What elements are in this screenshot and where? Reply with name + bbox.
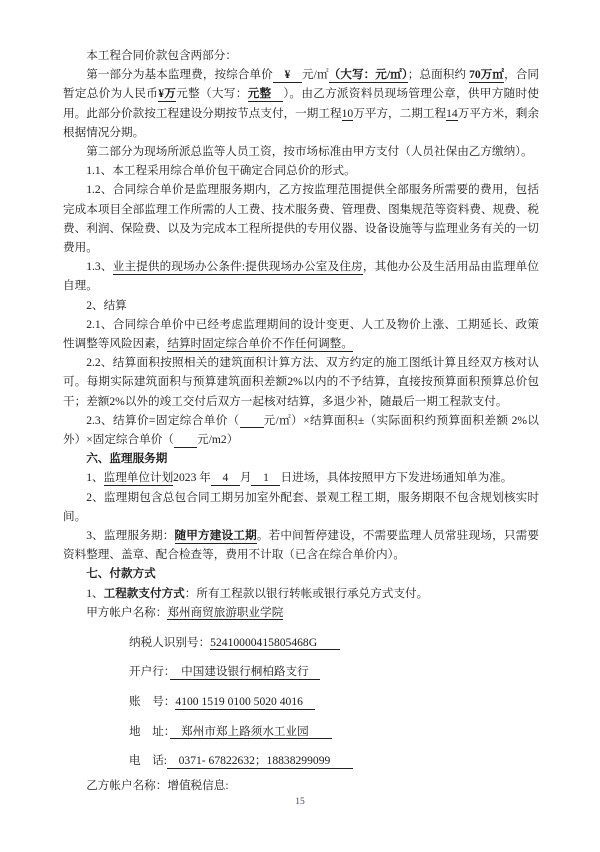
para-1-1-lump-sum-unit-price: 1.1、本工程采用综合单价包干确定合同总价的形式。 [63,161,539,180]
filled-blank: 郑州市郑上路须水工业园 [170,725,332,740]
text-run: 2、监理期包含总包合同工期另加室外配套、景观工程工期，服务期限不包含规划核实时间… [63,491,539,523]
para-party-a-account-name: 甲方帐户名称：郑州商贸旅游职业学院 [63,603,539,622]
text-run: 1.2、合同综合单价是监理服务期内，乙方按监理范围提供全部服务所需要的费用，包括… [63,183,539,254]
filled-blank: 郑州商贸旅游职业学院 [167,606,283,621]
filled-blank: 结算时固定综合单价不作任何调整。 [167,337,353,352]
text-run: ：所有工程款以银行转帐或银行承兑方式支付。 [185,587,428,600]
text-run: 乙方帐户名称：增值税信息: [86,779,228,792]
text-run: 第一部分为基本监理费，按综合单价 [86,68,273,81]
para-payment-method: 1、工程款支付方式：所有工程款以银行转帐或银行承兑方式支付。 [63,584,539,603]
filled-blank: 52410000415805468G [210,636,340,651]
filled-blank: ¥ [273,68,302,83]
text-run: 2、结算 [86,299,127,312]
text-run: 2.2、结算面积按照相关的建筑面积计算方法、双方约定的施工图纸计算且经双方核对认… [63,356,539,407]
text-run: 万平方，二期工程 [353,107,446,120]
text-run: 1.1、本工程采用综合单价包干确定合同总价的形式。 [86,164,356,177]
para-period-scope: 2、监理期包含总包合同工期另加室外配套、景观工程工期，服务期限不包含规划核实时间… [63,488,539,526]
para-part-one-basic-fee: 第一部分为基本监理费，按综合单价 ¥ 元/㎡（大写：元/㎡）；总面积约 70万㎡… [63,65,539,142]
bank-taxpayer-id: 纳税人识别号：52410000415805468G [129,633,539,652]
para-entry-date: 1、监理单位计划2023 年 4 月 1 日进场，具体按照甲方下发进场通知单为准… [63,468,539,487]
filled-blank: 随甲方建设工期 [175,529,257,544]
text-run: 六、监理服务期 [86,452,167,465]
text-run: 2023 年 [173,471,211,484]
filled-blank: 14 [446,107,458,122]
filled-blank: 业主提供的现场办公条件:提供现场办公室及住房 [113,260,363,275]
text-run: 元整（大写： [176,87,247,100]
para-contract-price-intro: 本工程合同价款包含两部分： [63,46,539,65]
filled-blank: 监理单位计划 [104,471,174,486]
heading-seven-payment-method: 七、付款方式 [63,564,539,583]
text-run: 月 [240,471,252,484]
para-1-2-unit-price-scope: 1.2、合同综合单价是监理服务期内，乙方按监理范围提供全部服务所需要的费用，包括… [63,180,539,257]
text-run: 1、 [86,471,103,484]
text-run: 日进场，具体按照甲方下发进场通知单为准。 [280,471,512,484]
text-run: 第二部分为现场所派总监等人员工资，按市场标准由甲方支付（人员社保由乙方缴纳）。 [86,145,532,158]
para-1-3-site-office-conditions: 1.3、业主提供的现场办公条件:提供现场办公室及住房，其他办公及生活用品由监理单… [63,257,539,295]
document-body: 本工程合同价款包含两部分：第一部分为基本监理费，按综合单价 ¥ 元/㎡（大写：元… [63,46,539,795]
text-run: ；总面积约 [408,68,469,81]
text-run: 甲方帐户名称： [86,606,167,619]
text-run: 1、 [86,587,103,600]
heading-six-supervision-period: 六、监理服务期 [63,449,539,468]
para-party-b-account-name: 乙方帐户名称：增值税信息: [63,776,539,795]
filled-blank: 元整 [248,87,284,102]
filled-blank: （大写：元/㎡） [329,68,408,83]
filled-blank: 0371- 67822632；18838299099 [167,754,353,769]
text-run: 电 话: [129,754,167,767]
para-2-2-settlement-area: 2.2、结算面积按照相关的建筑面积计算方法、双方约定的施工图纸计算且经双方核对认… [63,353,539,411]
text-run: 3、监理服务期： [86,529,174,542]
text-run: 1.3、 [86,260,112,273]
filled-blank [240,414,264,429]
text-run: 工程款支付方式 [104,587,185,600]
para-2-1-risk-factors: 2.1、合同综合单价中已经考虑监理期间的设计变更、人工及物价上涨、工期延长、政策… [63,315,539,353]
bank-account-number: 账 号：4100 1519 0100 5020 4016 [129,692,539,711]
filled-blank: 4100 1519 0100 5020 4016 [175,695,314,710]
filled-blank: 70万㎡ [469,68,504,83]
bank-deposit-bank: 开户行： 中国建设银行桐柏路支行 [129,662,539,681]
filled-blank: 4 [211,471,240,486]
text-run: 2.3、结算价=固定综合单价（ [86,414,239,427]
text-run: 账 号： [129,695,175,708]
text-run: 本工程合同价款包含两部分： [86,49,237,62]
text-run: 开户行： [129,665,170,678]
bank-phone: 电 话: 0371- 67822632；18838299099 [129,751,539,770]
text-run: 地 址： [129,725,170,738]
para-part-two-staff-salary: 第二部分为现场所派总监等人员工资，按市场标准由甲方支付（人员社保由乙方缴纳）。 [63,142,539,161]
filled-blank: 10 [342,107,354,122]
text-run: 纳税人识别号： [129,636,210,649]
filled-blank: 中国建设银行桐柏路支行 [170,665,321,680]
filled-blank [174,433,197,448]
para-2-3-settlement-formula: 2.3、结算价=固定综合单价（ 元/㎡）×结算面积±（实际面积约预算面积差额 2… [63,411,539,449]
text-run: 七、付款方式 [86,567,156,580]
filled-blank: 1 [251,471,280,486]
filled-blank: ¥万 [158,87,176,102]
para-service-period: 3、监理服务期：随甲方建设工期。若中间暂停建设，不需要监理人员常驻现场，只需要资… [63,526,539,564]
text-run: 元/㎡ [302,68,329,81]
bank-address: 地 址： 郑州市郑上路须水工业园 [129,722,539,741]
text-run: 元/m2） [197,433,238,446]
page-number: 15 [0,797,600,807]
para-2-settlement-title: 2、结算 [63,296,539,315]
